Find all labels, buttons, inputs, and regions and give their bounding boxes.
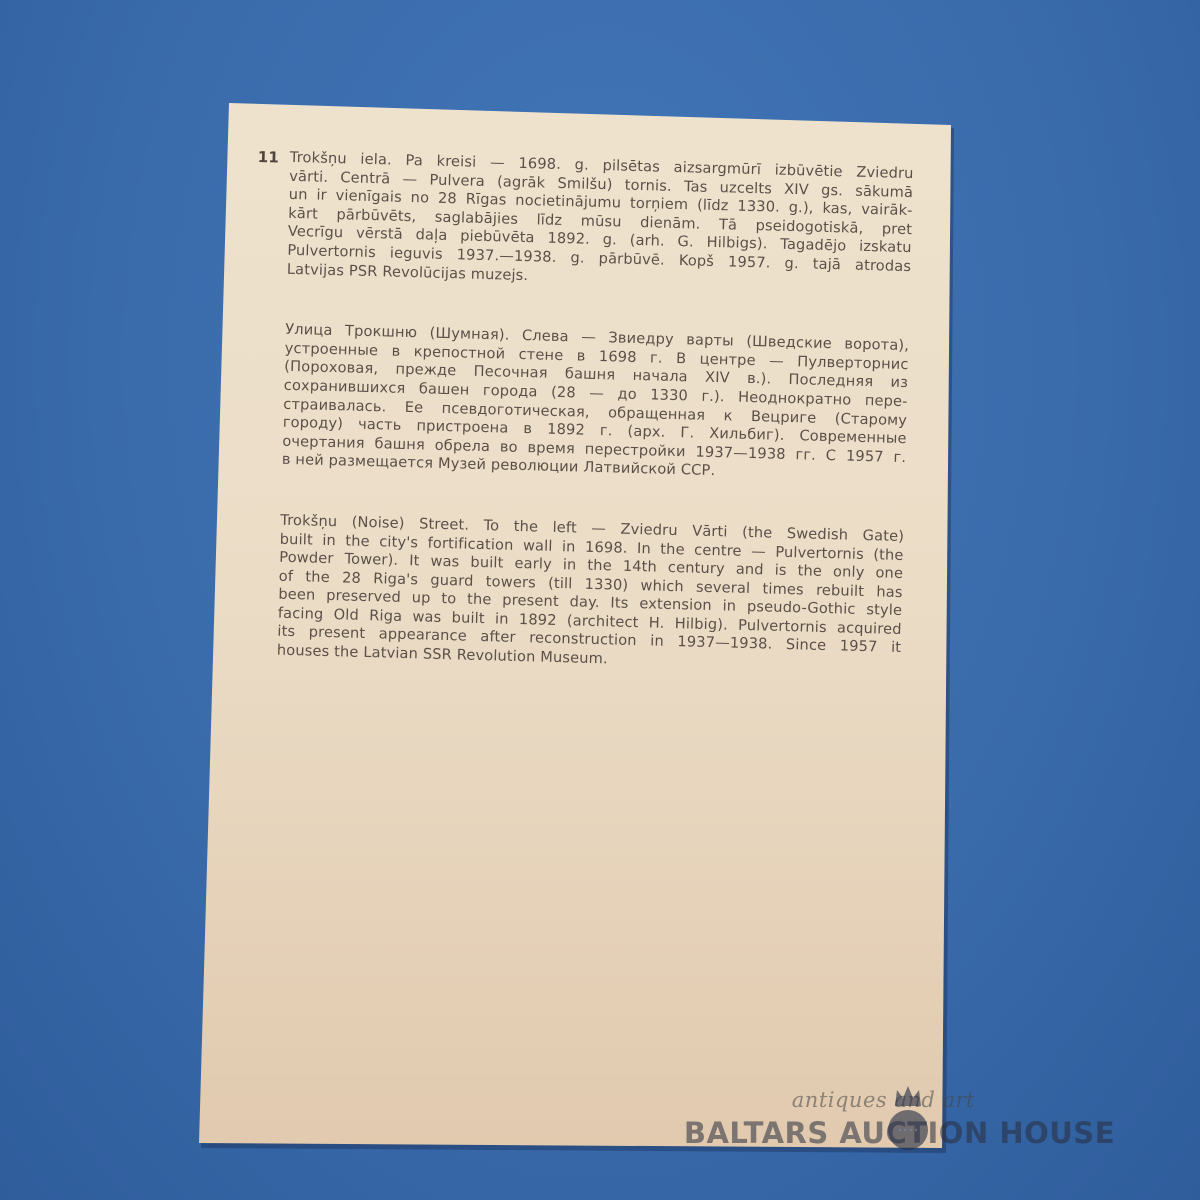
crown-orb-icon	[883, 1084, 933, 1154]
card-text: 11 Trokšņu iela. Pa kreisi — 1698. g. pi…	[244, 148, 914, 719]
paragraph-latvian: 11 Trokšņu iela. Pa kreisi — 1698. g. pi…	[255, 148, 914, 295]
paragraph-english: Trokšņu (Noise) Street. To the left — Zv…	[245, 511, 905, 677]
watermark: antiques and art BALTARS AUCTION HOUSE	[555, 1084, 1115, 1164]
paragraph-russian: Улица Трокшню (Шумная). Слева — Звиедру …	[250, 320, 910, 486]
item-number: 11	[258, 148, 280, 167]
